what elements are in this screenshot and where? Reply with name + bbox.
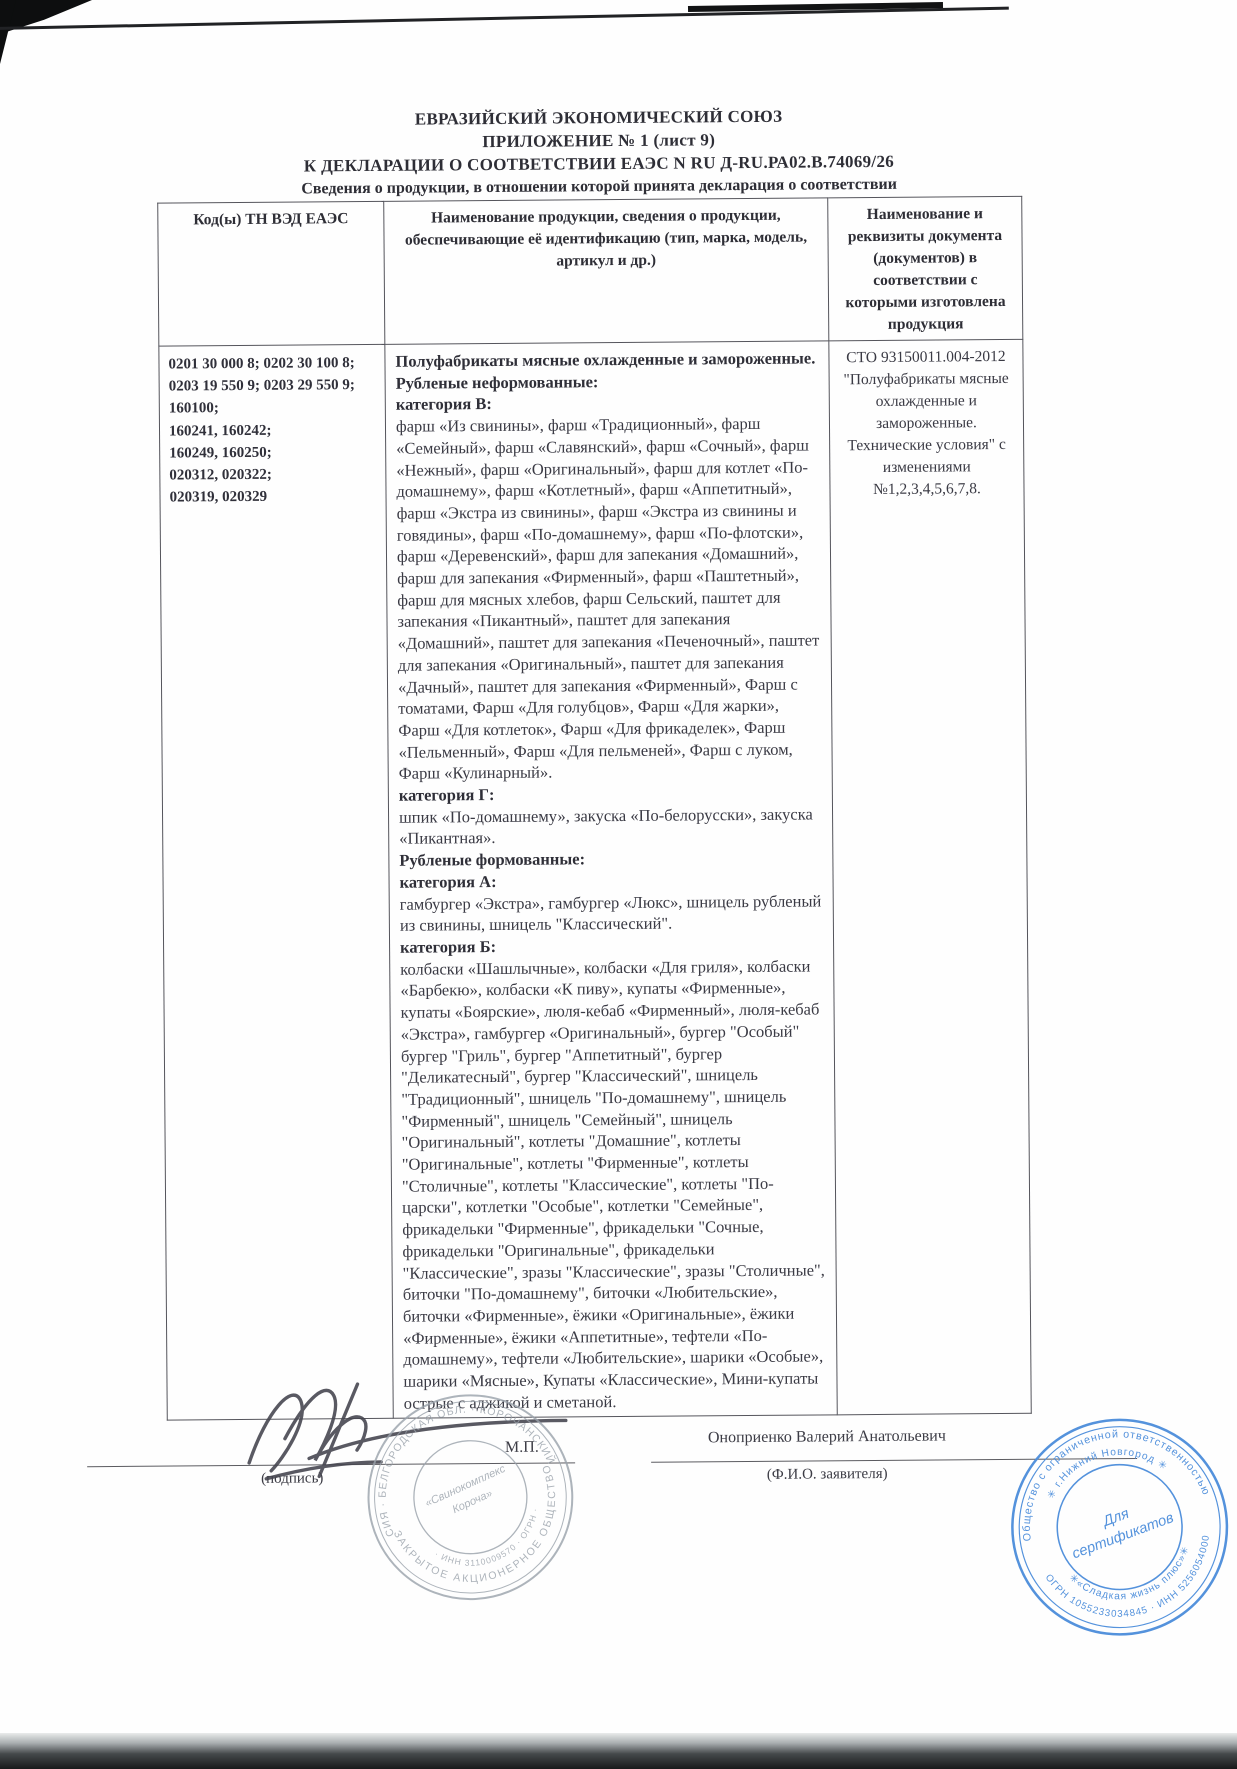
product-paragraph: шпик «По-домашнему», закуска «По-белорус… xyxy=(399,803,823,850)
code-line: 0203 19 550 9; 0203 29 550 9; xyxy=(169,374,381,398)
document-line: №1,2,3,4,5,6,7,8. xyxy=(835,478,1018,501)
code-line: 160100; xyxy=(169,396,381,420)
product-paragraph: фарш «Из свинины», фарш «Традиционный», … xyxy=(396,413,823,785)
document-cell: СТО 93150011.004-2012"Полуфабрикаты мясн… xyxy=(829,339,1031,1415)
product-cell: Полуфабрикаты мясные охлажденные и замор… xyxy=(385,341,837,1419)
col-header-document: Наименование и реквизиты документа (доку… xyxy=(828,196,1023,341)
document-line: замороженные. xyxy=(835,412,1018,435)
page: ЕВРАЗИЙСКИЙ ЭКОНОМИЧЕСКИЙ СОЮЗ ПРИЛОЖЕНИ… xyxy=(0,0,1237,1769)
col-header-codes: Код(ы) ТН ВЭД ЕАЭС xyxy=(158,201,385,346)
table-header-row: Код(ы) ТН ВЭД ЕАЭС Наименование продукци… xyxy=(158,196,1023,346)
document-line: Технические условия" с xyxy=(835,434,1018,457)
document-header: ЕВРАЗИЙСКИЙ ЭКОНОМИЧЕСКИЙ СОЮЗ ПРИЛОЖЕНИ… xyxy=(16,102,1181,203)
code-line: 160249, 160250; xyxy=(169,441,381,465)
document-line: изменениями xyxy=(835,456,1018,479)
document-line: охлажденные и xyxy=(835,390,1018,413)
product-paragraph: колбаски «Шашлычные», колбаски «Для грил… xyxy=(400,955,828,1414)
code-line: 020312, 020322; xyxy=(169,463,381,487)
document-line: "Полуфабрикаты мясные xyxy=(835,368,1018,391)
document-content: ЕВРАЗИЙСКИЙ ЭКОНОМИЧЕСКИЙ СОЮЗ ПРИЛОЖЕНИ… xyxy=(0,0,1237,1769)
table-body-row: 0201 30 000 8; 0202 30 100 8;0203 19 550… xyxy=(159,339,1031,1420)
stamp-round-blue: Общество с ограниченной ответственностью… xyxy=(977,1385,1237,1670)
applicant-name: Оноприенко Валерий Анатольевич xyxy=(657,1427,997,1448)
code-line: 0201 30 000 8; 0202 30 100 8; xyxy=(168,352,380,376)
codes-cell: 0201 30 000 8; 0202 30 100 8;0203 19 550… xyxy=(159,344,393,1420)
applicant-caption: (Ф.И.О. заявителя) xyxy=(657,1465,997,1485)
code-line: 160241, 160242; xyxy=(169,418,381,442)
code-line: 020319, 020329 xyxy=(169,485,381,509)
products-table: Код(ы) ТН ВЭД ЕАЭС Наименование продукци… xyxy=(157,196,1032,1421)
scan-edge-bottom xyxy=(0,1733,1237,1769)
col-header-product: Наименование продукции, сведения о проду… xyxy=(384,198,829,344)
product-paragraph: Полуфабрикаты мясные охлажденные и замор… xyxy=(395,347,819,372)
product-paragraph: гамбургер «Экстра», гамбургер «Люкс», шн… xyxy=(400,890,824,937)
document-line: СТО 93150011.004-2012 xyxy=(834,346,1017,369)
